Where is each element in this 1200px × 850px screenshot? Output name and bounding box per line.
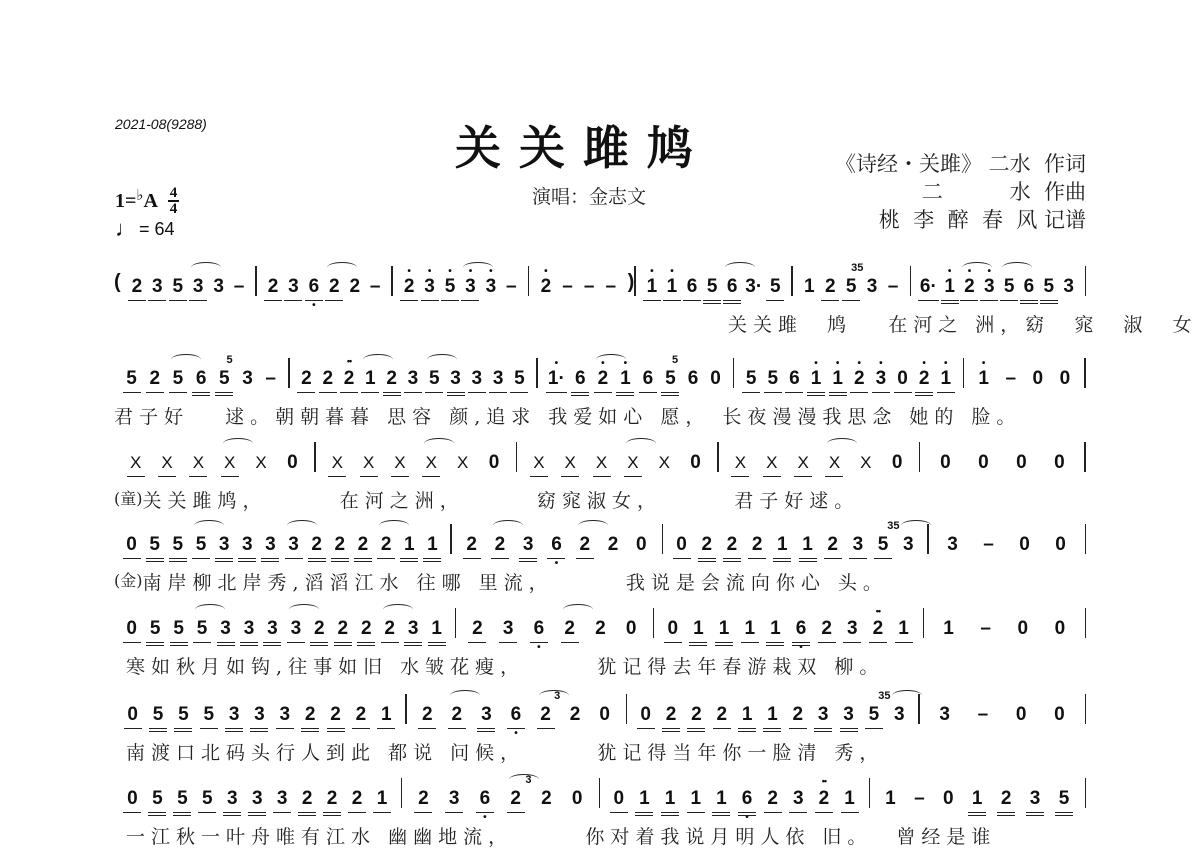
note-digit: 6: [643, 368, 654, 390]
measure: 2•3•5•3•3•–: [393, 276, 528, 298]
sixteenth-underline: [146, 645, 164, 647]
eighth-underline: [546, 392, 567, 394]
eighth-underline: [937, 392, 955, 394]
rhythm-note: X: [593, 452, 611, 474]
eighth-underline: [663, 300, 681, 302]
note: 5: [170, 618, 188, 640]
eighth-underline: [687, 728, 705, 730]
high-octave-dot: •: [624, 361, 628, 367]
note-digit: 2: [701, 534, 712, 556]
high-octave-dot: •: [428, 269, 432, 275]
note-digit: –: [1005, 368, 1016, 390]
note-digit: 2: [608, 534, 619, 556]
note: 2: [325, 276, 343, 298]
sixteenth-underline: [968, 815, 986, 817]
eighth-underline: [807, 392, 825, 394]
note: 5•: [441, 276, 459, 298]
eighth-underline: [849, 558, 867, 560]
measure: 3–00: [920, 704, 1085, 726]
eighth-underline: [285, 558, 303, 560]
note-digit: 3: [939, 704, 950, 726]
note-digit: 3: [220, 618, 231, 640]
sixteenth-underline: [1055, 815, 1073, 817]
high-octave-dot: •: [982, 361, 986, 367]
note-digit: 1: [716, 788, 727, 810]
dash: –: [559, 276, 577, 298]
note-digit: 2: [356, 704, 367, 726]
note: 0: [1029, 368, 1047, 390]
eighth-underline: [261, 558, 279, 560]
eighth-underline: [404, 392, 422, 394]
note-digit: 2: [418, 788, 429, 810]
eighth-underline: [310, 642, 328, 644]
eighth-underline: [593, 476, 611, 478]
eighth-underline: [821, 300, 839, 302]
note-digit: –: [978, 704, 989, 726]
high-octave-dot: •: [448, 269, 452, 275]
rhythm-note: X: [655, 452, 673, 474]
note: 0: [1012, 704, 1030, 726]
measure: 2236•2230: [407, 704, 626, 726]
eighth-underline: [814, 728, 832, 730]
note-digit: 0: [897, 368, 908, 390]
note-digit: 0: [599, 704, 610, 726]
note: 6: [639, 368, 657, 390]
eighth-underline: [742, 392, 760, 394]
note: 2••: [869, 618, 887, 640]
eighth-underline: [715, 642, 733, 644]
note: 2•: [960, 276, 978, 298]
notation-staff: 05553332221236•2230011116•232••11–01235: [114, 770, 1086, 810]
sixteenth-underline: [571, 395, 589, 397]
eighth-underline: [391, 476, 409, 478]
note-digit: 6: [796, 618, 807, 640]
sixteenth-underline: [146, 561, 164, 563]
note-digit: 0: [978, 452, 989, 474]
note-digit: X: [735, 452, 746, 474]
note-digit: X: [659, 452, 670, 474]
note: 0: [596, 704, 614, 726]
eighth-underline: [530, 476, 548, 478]
note: 5: [148, 788, 166, 810]
eighth-underline: [123, 642, 141, 644]
note: 3: [840, 704, 858, 726]
note-digit: 2: [422, 704, 433, 726]
note: 2: [352, 704, 370, 726]
note: 5: [874, 534, 892, 556]
eighth-underline: [825, 476, 843, 478]
note: 3: [404, 368, 422, 390]
eighth-underline: [764, 392, 782, 394]
measure: 1•–00: [964, 368, 1084, 390]
note-digit: 3: [213, 276, 224, 298]
barline: [1085, 524, 1087, 554]
eighth-underline: [661, 392, 679, 394]
eighth-underline: [264, 300, 282, 302]
rhythm-note: X: [221, 452, 239, 474]
note: 0: [632, 534, 650, 556]
note: 3: [248, 788, 266, 810]
note-digit: 2: [132, 276, 143, 298]
barline: [1085, 266, 1087, 296]
note-digit: 5: [707, 276, 718, 298]
eighth-underline: [148, 300, 166, 302]
note-digit: 2: [564, 618, 575, 640]
note-digit: 3: [227, 788, 238, 810]
note: 3•: [421, 276, 439, 298]
lyrics-text: 寒如秋月如钩,往事如旧 水皱花瘦， 犹记得去年春游栽双 柳。: [114, 652, 884, 679]
eighth-underline: [1000, 300, 1018, 302]
note-digit: X: [193, 452, 204, 474]
credits-block: 《诗经・关雎》 二水 作词 二 水 作曲 桃 李 醉 春 风 记谱: [835, 150, 1086, 234]
eighth-underline: [894, 392, 912, 394]
note: 0: [568, 788, 586, 810]
note: 2•: [400, 276, 418, 298]
eighth-underline: [354, 558, 372, 560]
rhythm-note: X: [561, 452, 579, 474]
note: 2: [128, 276, 146, 298]
note-digit: 1: [404, 534, 415, 556]
note-digit: –: [914, 788, 925, 810]
note-digit: 5: [219, 368, 230, 390]
sixteenth-underline: [331, 561, 349, 563]
note-digit: X: [224, 452, 235, 474]
eighth-underline: [789, 812, 807, 814]
note-digit: 6: [575, 368, 586, 390]
eighth-underline: [276, 728, 294, 730]
note-digit: 3: [288, 276, 299, 298]
sixteenth-underline: [354, 561, 372, 563]
eighth-underline: [445, 812, 463, 814]
note: 3: [499, 618, 517, 640]
note-digit: 2: [666, 704, 677, 726]
note-digit: 3: [486, 276, 497, 298]
lyrics-line: 君子好 逑。朝朝暮暮 思容 颜,追求 我爱如心 愿， 长夜漫漫我思念 她的 脸。: [114, 402, 1086, 429]
note: 5: [703, 276, 721, 298]
eighth-underline: [400, 300, 418, 302]
note-digit: 2: [827, 534, 838, 556]
eighth-underline: [170, 642, 188, 644]
dash: –: [262, 368, 280, 390]
note-digit: 3: [450, 368, 461, 390]
note: 1: [940, 618, 958, 640]
eighth-underline: [158, 476, 176, 478]
lyrics-line: 寒如秋月如钩,往事如旧 水皱花瘦， 犹记得去年春游栽双 柳。: [114, 652, 1086, 679]
note-digit: 2: [873, 618, 884, 640]
eighth-underline: [918, 300, 939, 302]
eighth-underline: [348, 812, 366, 814]
score-line: 05553333222231236•220011116•232••11–00 寒…: [114, 600, 1086, 679]
sixteenth-underline: [217, 645, 235, 647]
song-title: 关关雎鸠: [455, 112, 711, 178]
eighth-underline: [425, 392, 443, 394]
note: 0: [637, 704, 655, 726]
note: 2: [713, 704, 731, 726]
eighth-underline: [869, 642, 887, 644]
note-digit: 3: [152, 276, 163, 298]
note-digit: 1: [898, 618, 909, 640]
eighth-underline: [713, 728, 731, 730]
note: 3: [468, 368, 486, 390]
note: 3·: [743, 276, 764, 298]
low-octave-dot: •: [555, 561, 559, 567]
note: 2: [331, 534, 349, 556]
low-octave-dot: •: [514, 731, 518, 737]
eighth-underline: [547, 558, 565, 560]
note: 2: [591, 618, 609, 640]
note: 1: [689, 618, 707, 640]
note: 1: [738, 704, 756, 726]
note-digit: 1: [431, 618, 442, 640]
note-digit: 1: [978, 368, 989, 390]
note: 1: [715, 618, 733, 640]
note: 1•: [643, 276, 661, 298]
note-digit: –: [234, 276, 245, 298]
note: 0: [622, 618, 640, 640]
measure: 2236•220: [452, 534, 662, 556]
note: 1: [799, 534, 817, 556]
eighth-underline: [874, 558, 892, 560]
note: 2: [723, 534, 741, 556]
note: 35: [239, 368, 257, 390]
note-digit: 3: [424, 276, 435, 298]
sixteenth-underline: [327, 731, 345, 733]
high-octave-dot: •: [650, 269, 654, 275]
eighth-underline: [352, 728, 370, 730]
note-digit: 2: [149, 368, 160, 390]
eighth-underline: [794, 476, 812, 478]
note: 335: [890, 704, 908, 726]
measure: 3–00: [929, 534, 1085, 556]
measure: 05553333222211: [114, 534, 450, 556]
rhythm-note: X: [857, 452, 875, 474]
note-digit: 6: [742, 788, 753, 810]
note-digit: 2: [384, 618, 395, 640]
note-digit: 2: [404, 276, 415, 298]
sixteenth-underline: [1026, 815, 1044, 817]
note: 3: [273, 788, 291, 810]
note-digit: 3: [472, 368, 483, 390]
eighth-underline: [507, 728, 525, 730]
note: 0: [974, 452, 992, 474]
eighth-underline: [815, 812, 833, 814]
note-digit: 1: [804, 276, 815, 298]
grace-note: 35: [887, 520, 899, 532]
eighth-underline: [123, 812, 141, 814]
note: 2: [604, 534, 622, 556]
sixteenth-underline: [148, 815, 166, 817]
eighth-underline: [217, 642, 235, 644]
note: 5: [1000, 276, 1018, 298]
note-digit: 5: [172, 276, 183, 298]
note: 2: [468, 618, 486, 640]
eighth-underline: [381, 642, 399, 644]
high-octave-dot: •: [948, 269, 952, 275]
sixteenth-underline: [840, 731, 858, 733]
note: 0: [1056, 368, 1074, 390]
rhythm-note: X: [158, 452, 176, 474]
sixteenth-underline: [1020, 303, 1038, 305]
note-digit: 3: [280, 704, 291, 726]
eighth-underline: [491, 558, 509, 560]
note: 2: [298, 788, 316, 810]
dash: –: [980, 534, 998, 556]
note: 3: [404, 618, 422, 640]
note-digit: 6: [1024, 276, 1035, 298]
note-digit: X: [255, 452, 266, 474]
note-digit: 3: [853, 534, 864, 556]
sixteenth-underline: [238, 561, 256, 563]
eighth-underline: [323, 812, 341, 814]
note-digit: 5: [173, 534, 184, 556]
barline: [1084, 358, 1086, 388]
slur-arc: [289, 604, 319, 615]
eighth-underline: [476, 812, 494, 814]
slur-arc: [892, 690, 922, 701]
dash: –: [977, 618, 995, 640]
note: 6•: [547, 534, 565, 556]
note-digit: 2: [821, 618, 832, 640]
eighth-underline: [840, 728, 858, 730]
sixteenth-underline: [149, 731, 167, 733]
note-digit: 3: [894, 704, 905, 726]
note-digit: X: [565, 452, 576, 474]
note-digit: 5: [869, 704, 880, 726]
eighth-underline: [530, 642, 548, 644]
note-digit: 2: [349, 276, 360, 298]
eighth-underline: [361, 392, 379, 394]
sixteenth-underline: [263, 645, 281, 647]
sixteenth-underline: [661, 815, 679, 817]
note: 2: [383, 368, 401, 390]
measure: XXXXX0: [114, 452, 314, 474]
note-digit: 2: [691, 704, 702, 726]
note-digit: 1: [742, 704, 753, 726]
note: 3: [789, 788, 807, 810]
note: 23: [537, 788, 555, 810]
eighth-underline: [616, 392, 634, 394]
note-digit: –: [370, 276, 381, 298]
sixteenth-underline: [261, 561, 279, 563]
note-digit: 1: [811, 368, 822, 390]
note: 5: [198, 788, 216, 810]
note: 3: [814, 704, 832, 726]
eighth-underline: [377, 558, 395, 560]
note-digit: 3: [244, 618, 255, 640]
high-octave-dot: •: [944, 361, 948, 367]
note: 6: [571, 368, 589, 390]
eighth-underline: [1020, 300, 1038, 302]
note: 5: [425, 368, 443, 390]
note: 0: [888, 452, 906, 474]
eighth-underline: [829, 392, 847, 394]
note-digit: 3: [252, 788, 263, 810]
rhythm-note: X: [794, 452, 812, 474]
rhythm-note: X: [127, 452, 145, 474]
eighth-underline: [240, 642, 258, 644]
sixteenth-underline: [357, 645, 375, 647]
rhythm-note: X: [328, 452, 346, 474]
eighth-underline: [748, 558, 766, 560]
note-digit: 2: [358, 534, 369, 556]
note: 3: [285, 534, 303, 556]
score-line: XXXXX0XXXXX0XXXXX0XXXXX00000(童)关关雎鸠， 在河之…: [114, 434, 1086, 513]
note-digit: X: [533, 452, 544, 474]
note: 2: [662, 704, 680, 726]
barline: [1085, 608, 1087, 638]
note: 2: [448, 704, 466, 726]
note-digit: 1: [944, 276, 955, 298]
note: 2•: [850, 368, 868, 390]
note-digit: X: [797, 452, 808, 474]
slur-arc: [195, 604, 225, 615]
measure: 23533–: [121, 276, 256, 298]
eighth-underline: [225, 728, 243, 730]
note-digit: 1: [832, 368, 843, 390]
dash: –: [884, 276, 902, 298]
open-paren: (: [114, 271, 121, 298]
tempo-marking: ♩ = 64: [115, 216, 175, 242]
eighth-underline: [571, 392, 589, 394]
note: 2: [821, 276, 839, 298]
note: 3: [240, 618, 258, 640]
eighth-underline: [250, 728, 268, 730]
note-digit: X: [860, 452, 871, 474]
dash: –: [230, 276, 248, 298]
note: 5: [174, 704, 192, 726]
sixteenth-underline: [519, 561, 537, 563]
eighth-underline: [635, 812, 653, 814]
eighth-underline: [960, 300, 978, 302]
grace-note: 35: [878, 690, 890, 702]
sixteenth-underline: [423, 561, 441, 563]
note-digit: 5: [1059, 788, 1070, 810]
eighth-underline: [941, 300, 959, 302]
note: 3•: [872, 368, 890, 390]
sixteenth-underline: [723, 561, 741, 563]
note-digit: 1: [767, 704, 778, 726]
sixteenth-underline: [404, 645, 422, 647]
sixteenth-underline: [792, 645, 810, 647]
note: 5: [149, 704, 167, 726]
note-digit: 2: [541, 276, 552, 298]
eighth-underline: [169, 558, 187, 560]
note: 2: [561, 618, 579, 640]
note-digit: 2: [472, 618, 483, 640]
note-digit: 5: [197, 618, 208, 640]
note-digit: 6: [196, 368, 207, 390]
eighth-underline: [334, 642, 352, 644]
note-digit: 2: [964, 276, 975, 298]
note: 3: [250, 704, 268, 726]
note-digit: 6: [480, 788, 491, 810]
note-digit: 2: [716, 704, 727, 726]
sixteenth-underline: [799, 561, 817, 563]
rhythm-note: X: [360, 452, 378, 474]
rhythm-note: X: [530, 452, 548, 474]
slur-arc: [563, 604, 593, 615]
eighth-underline: [273, 812, 291, 814]
note-digit: 5: [1004, 276, 1015, 298]
eighth-underline: [766, 642, 784, 644]
sixteenth-underline: [662, 731, 680, 733]
note-digit: –: [606, 276, 617, 298]
note-digit: 2: [540, 704, 551, 726]
note: 0: [1050, 452, 1068, 474]
measure: 011116•232••1: [600, 788, 869, 810]
eighth-underline: [561, 642, 579, 644]
note-digit: 0: [710, 368, 721, 390]
